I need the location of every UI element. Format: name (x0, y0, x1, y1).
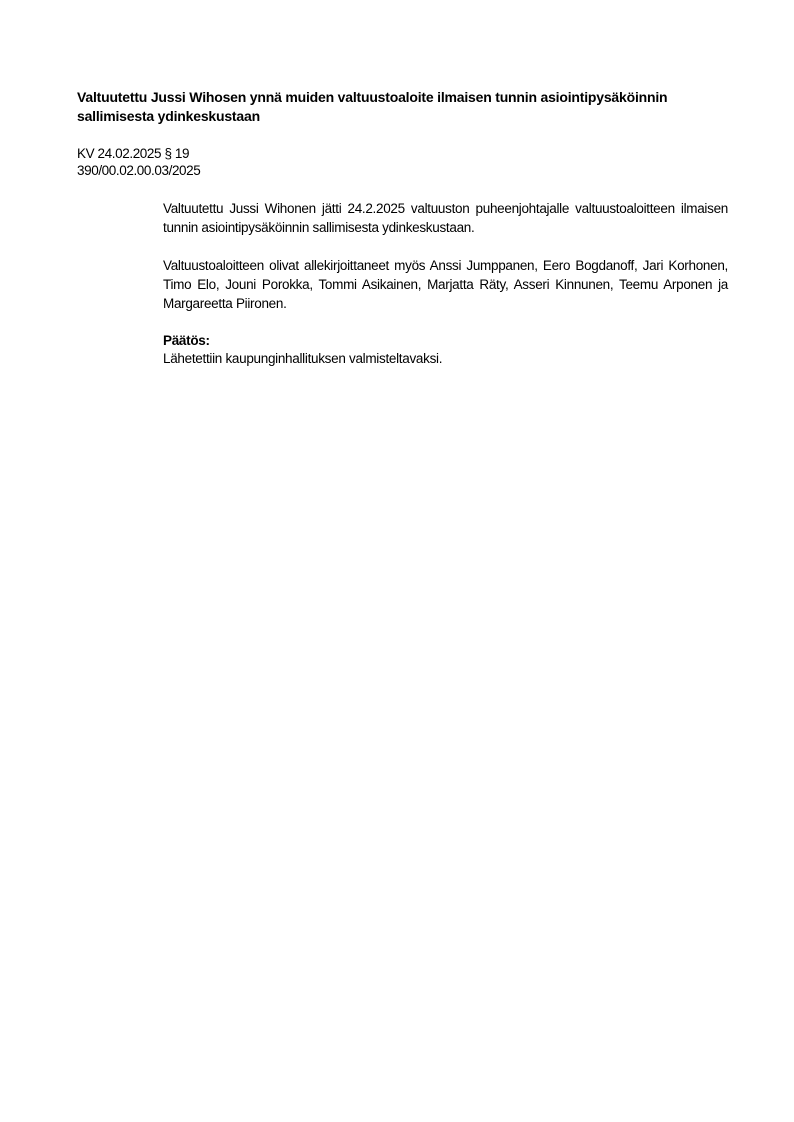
document-title: Valtuutettu Jussi Wihosen ynnä muiden va… (77, 88, 727, 126)
document-meta: KV 24.02.2025 § 19 390/00.02.00.03/2025 (77, 145, 200, 179)
document-body: Valtuutettu Jussi Wihonen jätti 24.2.202… (163, 199, 728, 368)
meeting-reference: KV 24.02.2025 § 19 (77, 145, 200, 162)
case-number: 390/00.02.00.03/2025 (77, 162, 200, 179)
paragraph-signatories: Valtuustoaloitteen olivat allekirjoittan… (163, 256, 728, 313)
decision-section: Päätös: Lähetettiin kaupunginhallituksen… (163, 332, 728, 368)
decision-label: Päätös: (163, 332, 728, 350)
paragraph-initiative: Valtuutettu Jussi Wihonen jätti 24.2.202… (163, 199, 728, 237)
decision-text: Lähetettiin kaupunginhallituksen valmist… (163, 350, 728, 368)
